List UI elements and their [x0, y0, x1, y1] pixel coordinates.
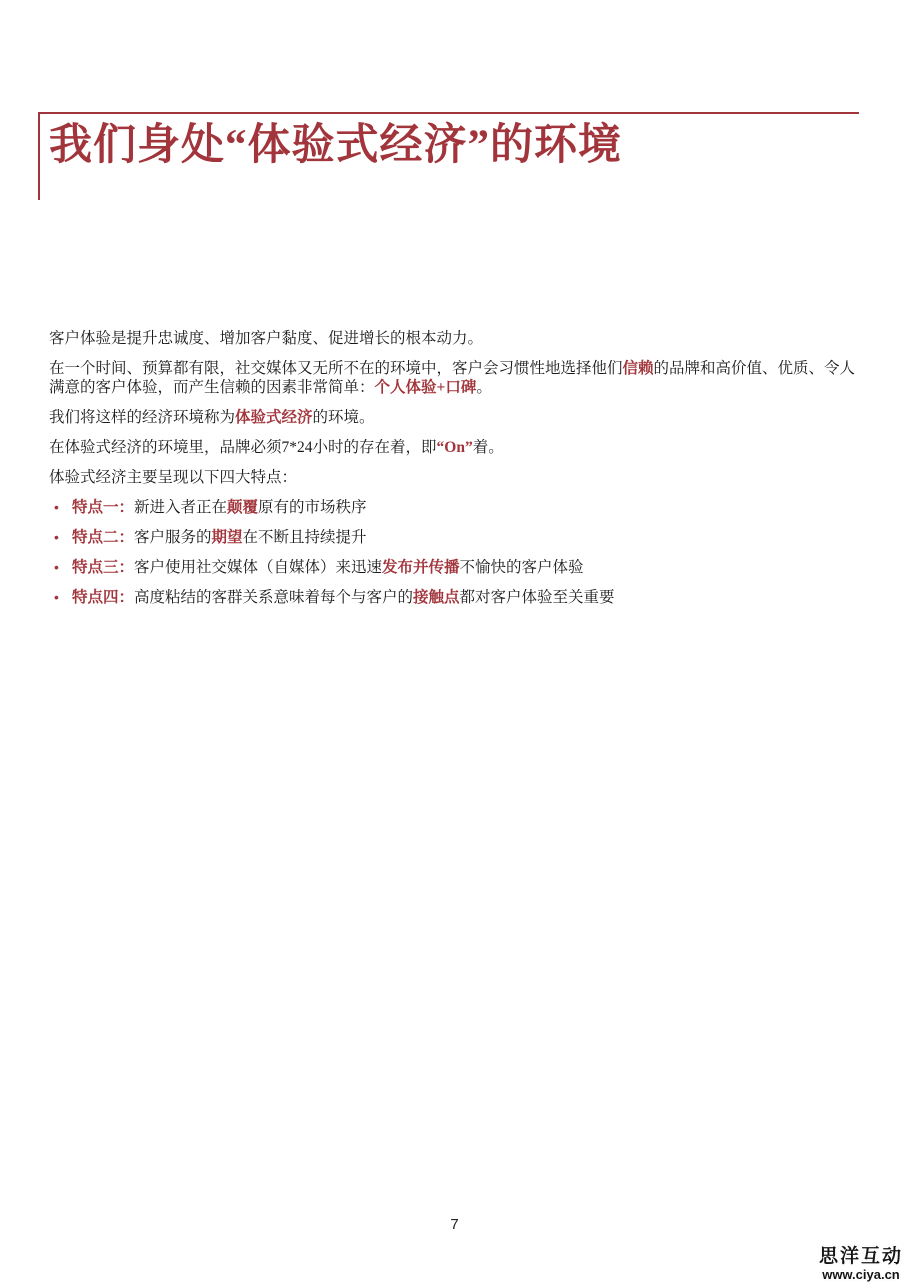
- page-number: 7: [0, 1216, 909, 1233]
- feature-bullet-list: •特点一：新进入者正在颠覆原有的市场秩序•特点二：客户服务的期望在不断且持续提升…: [49, 498, 864, 607]
- bullet-text: 特点三：客户使用社交媒体（自媒体）来迅速发布并传播不愉快的客户体验: [72, 558, 864, 577]
- body-text: 高度粘结的客群关系意味着每个与客户的: [134, 589, 413, 606]
- paragraph: 客户体验是提升忠诚度、增加客户黏度、促进增长的根本动力。: [49, 329, 864, 348]
- bullet-dot-icon: •: [49, 558, 72, 577]
- highlight-text: 颠覆: [227, 499, 258, 516]
- body-text: 。: [476, 379, 492, 396]
- highlight-text: 个人体验+口碑: [375, 379, 477, 396]
- highlight-text: 期望: [212, 529, 243, 546]
- body-text: 在不断且持续提升: [243, 529, 367, 546]
- paragraph: 体验式经济主要呈现以下四大特点：: [49, 468, 864, 487]
- body-text: 新进入者正在: [134, 499, 227, 516]
- body-text: 着。: [473, 439, 504, 456]
- highlight-text: “On”: [437, 439, 473, 456]
- body-content: 客户体验是提升忠诚度、增加客户黏度、促进增长的根本动力。在一个时间、预算都有限，…: [49, 329, 864, 618]
- highlight-text: 信赖: [623, 360, 654, 377]
- body-text: 原有的市场秩序: [258, 499, 367, 516]
- bullet-dot-icon: •: [49, 528, 72, 547]
- feature-bullet: •特点一：新进入者正在颠覆原有的市场秩序: [49, 498, 864, 517]
- body-text: 客户使用社交媒体（自媒体）来迅速: [134, 559, 382, 576]
- body-text: 我们将这样的经济环境称为: [49, 409, 235, 426]
- paragraph: 我们将这样的经济环境称为体验式经济的环境。: [49, 408, 864, 427]
- bullet-text: 特点四：高度粘结的客群关系意味着每个与客户的接触点都对客户体验至关重要: [72, 588, 864, 607]
- body-text: 客户体验是提升忠诚度、增加客户黏度、促进增长的根本动力。: [49, 330, 483, 347]
- body-text: 都对客户体验至关重要: [460, 589, 615, 606]
- highlight-text: 特点一：: [72, 499, 134, 516]
- bullet-dot-icon: •: [49, 498, 72, 517]
- page-title: 我们身处“体验式经济”的环境: [49, 121, 622, 170]
- paragraph-list: 客户体验是提升忠诚度、增加客户黏度、促进增长的根本动力。在一个时间、预算都有限，…: [49, 329, 864, 487]
- document-page: 我们身处“体验式经济”的环境 客户体验是提升忠诚度、增加客户黏度、促进增长的根本…: [0, 0, 909, 1286]
- watermark-url: www.ciya.cn: [819, 1267, 903, 1282]
- body-text: 在体验式经济的环境里，品牌必须7*24小时的存在着，即: [49, 439, 437, 456]
- feature-bullet: •特点四：高度粘结的客群关系意味着每个与客户的接触点都对客户体验至关重要: [49, 588, 864, 607]
- body-text: 的环境。: [313, 409, 375, 426]
- feature-bullet: •特点三：客户使用社交媒体（自媒体）来迅速发布并传播不愉快的客户体验: [49, 558, 864, 577]
- feature-bullet: •特点二：客户服务的期望在不断且持续提升: [49, 528, 864, 547]
- body-text: 客户服务的: [134, 529, 212, 546]
- body-text: 在一个时间、预算都有限，社交媒体又无所不在的环境中，客户会习惯性地选择他们: [49, 360, 623, 377]
- paragraph: 在体验式经济的环境里，品牌必须7*24小时的存在着，即“On”着。: [49, 438, 864, 457]
- body-text: 体验式经济主要呈现以下四大特点：: [49, 469, 297, 486]
- highlight-text: 特点二：: [72, 529, 134, 546]
- highlight-text: 接触点: [413, 589, 460, 606]
- body-text: 不愉快的客户体验: [460, 559, 584, 576]
- watermark-brand: 思洋互动: [819, 1246, 903, 1267]
- highlight-text: 发布并传播: [382, 559, 460, 576]
- bullet-dot-icon: •: [49, 588, 72, 607]
- bullet-text: 特点一：新进入者正在颠覆原有的市场秩序: [72, 498, 864, 517]
- highlight-text: 特点三：: [72, 559, 134, 576]
- highlight-text: 特点四：: [72, 589, 134, 606]
- bullet-text: 特点二：客户服务的期望在不断且持续提升: [72, 528, 864, 547]
- paragraph: 在一个时间、预算都有限，社交媒体又无所不在的环境中，客户会习惯性地选择他们信赖的…: [49, 359, 864, 397]
- watermark: 思洋互动 www.ciya.cn: [819, 1246, 903, 1282]
- highlight-text: 体验式经济: [235, 409, 313, 426]
